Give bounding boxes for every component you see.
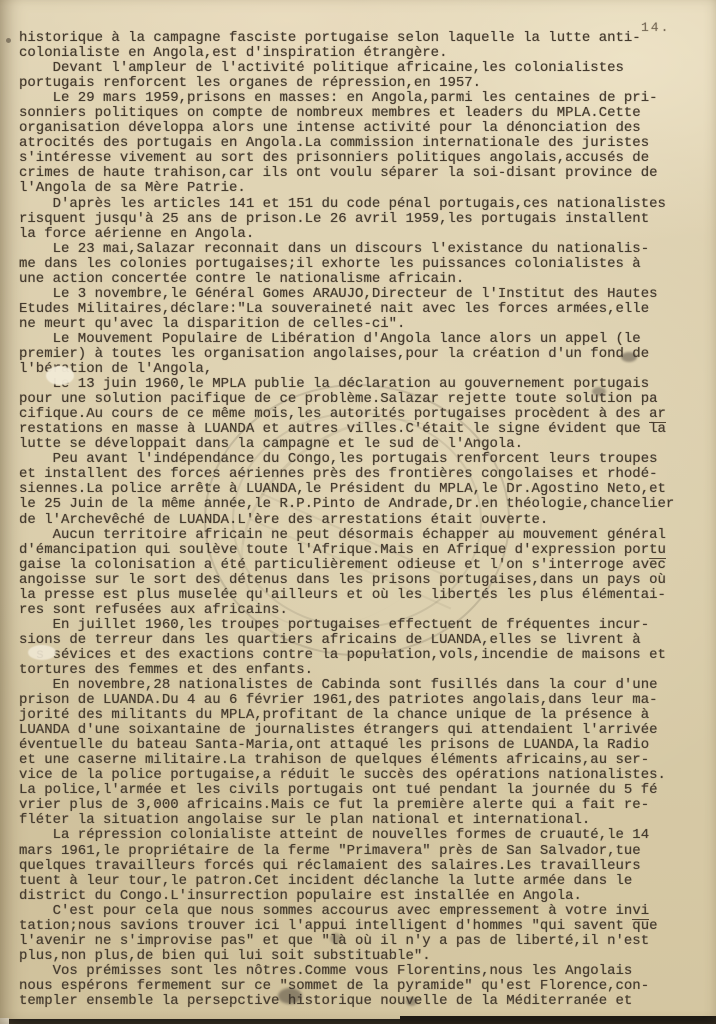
text-line: templer ensemble la persepctive historiq… <box>19 994 711 1009</box>
text-line: En novembre,28 nationalistes de Cabinda … <box>19 678 711 693</box>
text-line: LUANDA d'une soixantaine de journalistes… <box>19 723 711 738</box>
text-line: Vos prémisses sont les nôtres.Comme vous… <box>19 964 711 979</box>
text-line: historique à la campagne fasciste portug… <box>19 31 711 46</box>
text-line: angoisse sur le sort des détenus dans le… <box>19 573 711 588</box>
text-line: tation;nous savions trouver ici l'appui … <box>19 919 711 934</box>
text-line: jorité des militants du MPLA,profitant d… <box>19 708 711 723</box>
text-line: le 25 Juin de la même année,le R.P.Pinto… <box>19 497 711 512</box>
text-line: Etudes Militaires,déclare:"La souveraine… <box>19 302 711 317</box>
text-line: C'est pour cela que nous sommes accourus… <box>19 904 711 919</box>
text-line: district du Congo.L'insurrection populai… <box>19 889 711 904</box>
typewritten-text: historique à la campagne fasciste portug… <box>19 31 711 1009</box>
text-line: Devant l'ampleur de l'activité politique… <box>19 61 711 76</box>
text-line: colonialiste en Angola,est d'inspiration… <box>19 46 711 61</box>
text-line: Le 13 juin 1960,le MPLA publie la déclar… <box>19 377 711 392</box>
text-line: quelques travailleurs forcés qui réclama… <box>19 859 711 874</box>
text-line: Le Mouvement Populaire de Libération d'A… <box>19 332 711 347</box>
text-line: sions de terreur dans les quartiers afri… <box>19 633 711 648</box>
scan-corner-sliver <box>0 1018 9 1024</box>
text-line: portugais renforcent les organes de répr… <box>19 76 711 91</box>
text-line: pour une solution pacifique de ce problè… <box>19 392 711 407</box>
text-line: plus,non plus,de bien qui lui soit subst… <box>19 949 711 964</box>
text-line: la presse est plus muselée qu'ailleurs e… <box>19 588 711 603</box>
text-line: premier) à toutes les organisation angol… <box>19 347 711 362</box>
text-line: de l'Archevêché de LUANDA.L'ère des arre… <box>19 513 711 528</box>
text-line: Le 3 novembre,le Général Gomes ARAUJO,Di… <box>19 287 711 302</box>
text-line: Le 29 mars 1959,prisons en masses: en An… <box>19 91 711 106</box>
ink-smudge <box>6 38 11 43</box>
text-line: tortures des femmes et des enfants. <box>19 663 711 678</box>
scan-edge-strip <box>400 1016 716 1024</box>
text-line: d'émancipation qui soulève toute l'Afriq… <box>19 543 711 558</box>
text-line: gaise la colonisation a été particulière… <box>19 558 711 573</box>
text-line: tuent à leur tour,le patron.Cet incident… <box>19 874 711 889</box>
text-line: risquent jusqu'à 25 ans de prison.Le 26 … <box>19 212 711 227</box>
text-line: cifique.Au cours de ce même mois,les aut… <box>19 407 711 422</box>
text-line: Le 23 mai,Salazar reconnait dans un disc… <box>19 242 711 257</box>
text-line: la force aérienne en Angola. <box>19 227 711 242</box>
text-line: l'avenir ne s'improvise pas" et que "là … <box>19 934 711 949</box>
text-line: res sont refusées aux africains. <box>19 603 711 618</box>
text-line: une action concertée contre le nationali… <box>19 272 711 287</box>
text-line: s sévices et des exactions contre la pop… <box>19 648 711 663</box>
text-line: mars 1961,le propriétaire de la ferme "P… <box>19 844 711 859</box>
text-line: éventuelle du bateau Santa-Maria,ont att… <box>19 738 711 753</box>
text-line: nous espérons fermement sur ce "sommet d… <box>19 979 711 994</box>
text-line: D'après les articles 141 et 151 du code … <box>19 197 711 212</box>
text-line: l'bération de l'Angola, <box>19 362 711 377</box>
text-line: En juillet 1960,les troupes portugaises … <box>19 618 711 633</box>
text-line: La répression colonialiste atteint de no… <box>19 828 711 843</box>
text-line: restations en masse à LUANDA et autres v… <box>19 422 711 437</box>
document-page: 14. historique à la campagne fasciste po… <box>0 0 716 1024</box>
text-line: Aucun territoire africain ne peut désorm… <box>19 528 711 543</box>
text-line: l'Angola de sa Mère Patrie. <box>19 181 711 196</box>
text-line: ne meurt qu'avec la disparition de celle… <box>19 317 711 332</box>
text-line: prison de LUANDA.Du 4 au 6 février 1961,… <box>19 693 711 708</box>
text-line: me dans les colonies portugaises;il exho… <box>19 257 711 272</box>
